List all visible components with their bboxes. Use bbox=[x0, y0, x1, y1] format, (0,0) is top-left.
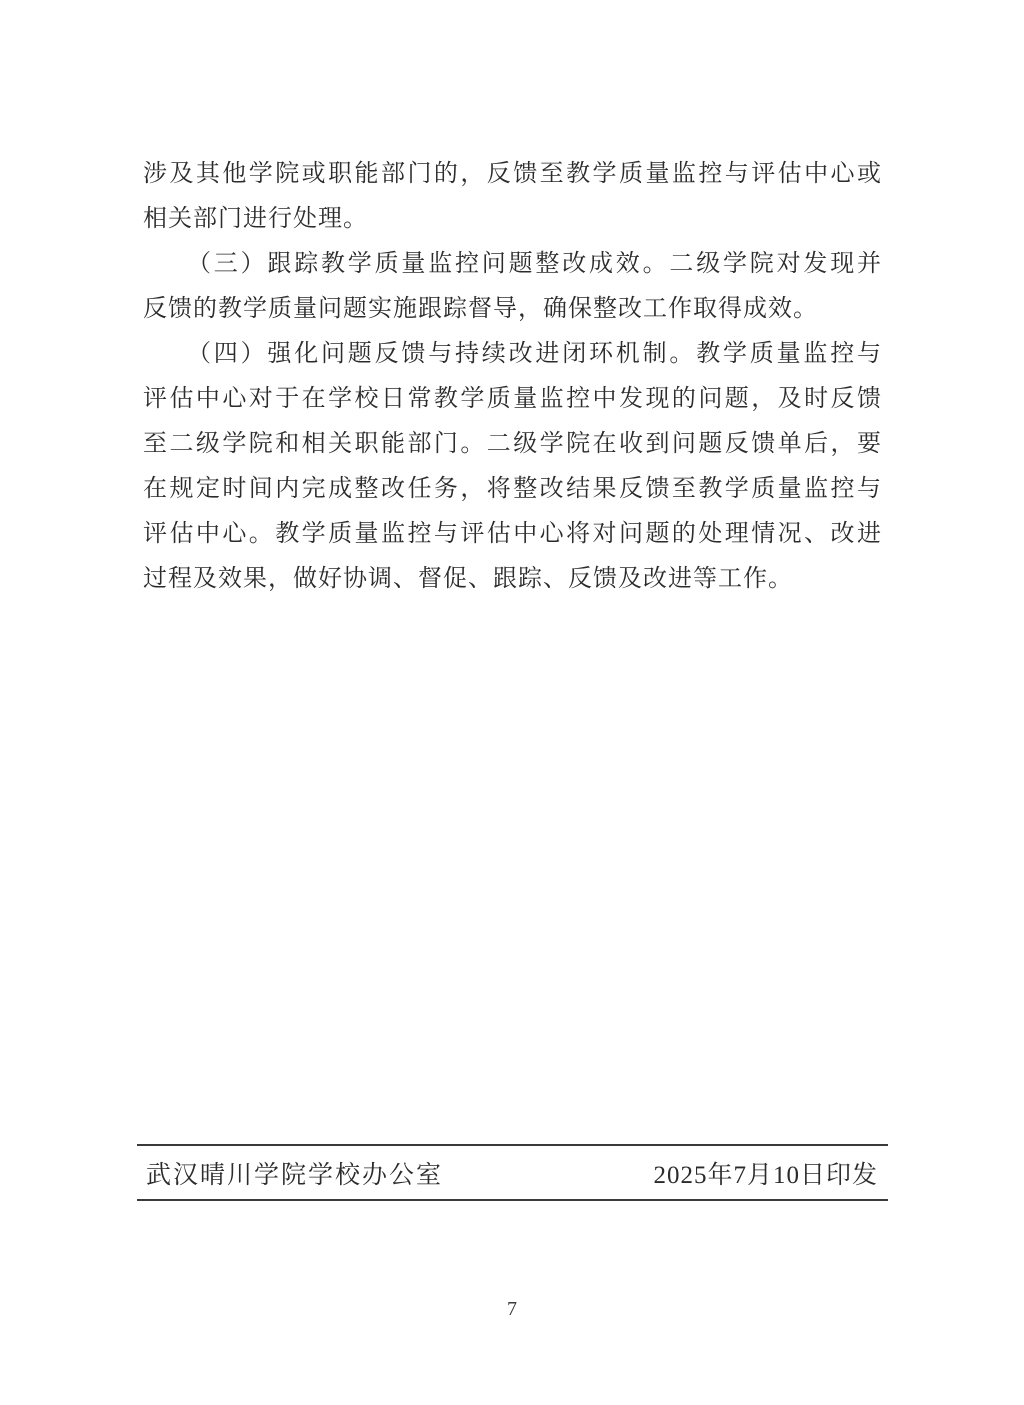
body-line-2: 相关部门进行处理。 bbox=[143, 197, 881, 242]
body-line-3: （三）跟踪教学质量监控问题整改成效。二级学院对发现并 bbox=[143, 242, 881, 287]
document-page: 涉及其他学院或职能部门的，反馈至教学质量监控与评估中心或 相关部门进行处理。 （… bbox=[0, 0, 1024, 1405]
colophon-footer: 武汉晴川学院学校办公室 2025年7月10日印发 bbox=[137, 1144, 888, 1201]
body-line-6: 评估中心对于在学校日常教学质量监控中发现的问题，及时反馈 bbox=[143, 377, 881, 422]
body-line-1: 涉及其他学院或职能部门的，反馈至教学质量监控与评估中心或 bbox=[143, 152, 881, 197]
body-line-8: 在规定时间内完成整改任务，将整改结果反馈至教学质量监控与 bbox=[143, 467, 881, 512]
document-body: 涉及其他学院或职能部门的，反馈至教学质量监控与评估中心或 相关部门进行处理。 （… bbox=[143, 152, 881, 602]
body-line-7: 至二级学院和相关职能部门。二级学院在收到问题反馈单后，要 bbox=[143, 422, 881, 467]
body-line-4: 反馈的教学质量问题实施跟踪督导，确保整改工作取得成效。 bbox=[143, 287, 881, 332]
body-line-10: 过程及效果，做好协调、督促、跟踪、反馈及改进等工作。 bbox=[143, 557, 881, 602]
print-date-label: 2025年7月10日印发 bbox=[653, 1155, 878, 1191]
body-line-9: 评估中心。教学质量监控与评估中心将对问题的处理情况、改进 bbox=[143, 512, 881, 557]
body-line-5: （四）强化问题反馈与持续改进闭环机制。教学质量监控与 bbox=[143, 332, 881, 377]
page-number: 7 bbox=[0, 1298, 1024, 1321]
issuing-office-label: 武汉晴川学院学校办公室 bbox=[146, 1155, 443, 1191]
